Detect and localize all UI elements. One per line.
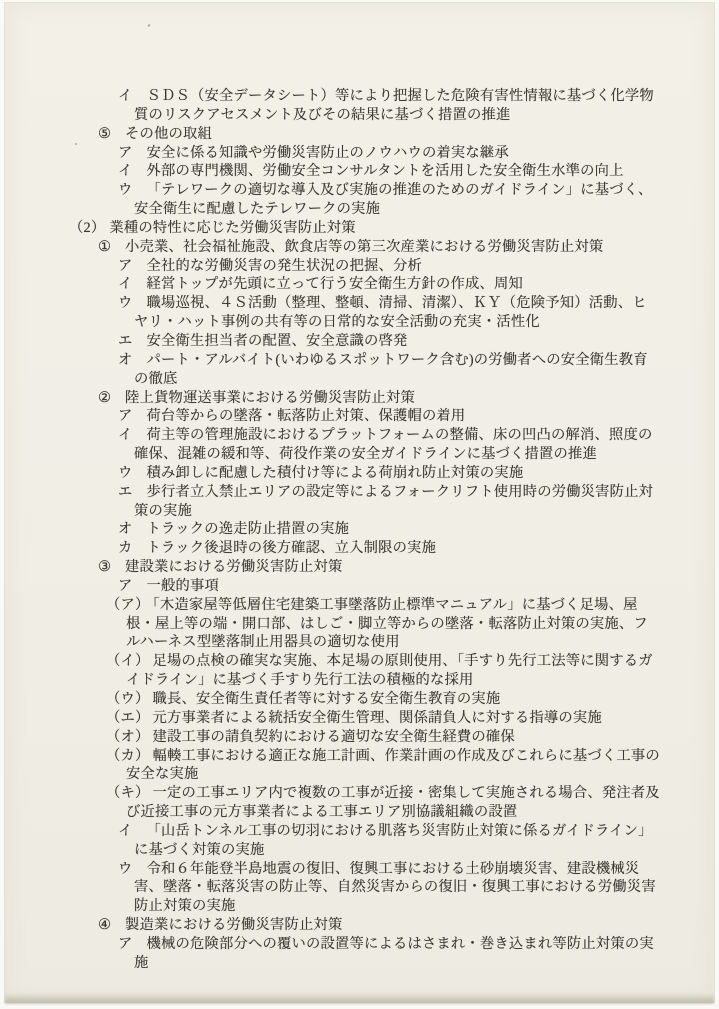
doc-item: カトラック後退時の後方確認、立入制限の実施	[69, 539, 661, 558]
item-label: （カ）	[106, 748, 150, 764]
doc-item: （2）業種の特性に応じた労働災害防止対策	[69, 219, 661, 238]
item-label: （イ）	[106, 653, 150, 669]
doc-item: イ経営トップが先頭に立って行う安全衛生方針の作成、周知	[69, 275, 661, 294]
item-text: 「テレワークの適切な導入及び実施の推進のためのガイドライン」に基づく、安全衛生に…	[134, 182, 652, 217]
doc-item: ア機械の危険部分への覆いの設置等によるはさまれ・巻き込まれ等防止対策の実施	[69, 935, 661, 973]
item-text: 歩行者立入禁止エリアの設定等によるフォークリフト使用時の労働災害防止対策の実施	[134, 484, 653, 519]
doc-item: （ア）「木造家屋等低層住宅建築工事墜落防止標準マニュアル」に基づく足場、屋根・屋…	[69, 596, 661, 653]
doc-item: （キ）一定の工事エリア内で複数の工事が近接・密集して実施される場合、発注者及び近…	[69, 784, 661, 822]
item-label: ③	[98, 559, 111, 575]
doc-item: イ荷主等の管理施設におけるプラットフォームの整備、床の凹凸の解消、照度の確保、混…	[69, 426, 661, 464]
item-label: （2）	[69, 220, 105, 236]
doc-item: ウ令和６年能登半島地震の復旧、復興工事における土砂崩壊災害、建設機械災害、墜落・…	[69, 860, 661, 917]
item-label: ④	[98, 917, 111, 933]
doc-item: ⑤その他の取組	[69, 125, 661, 144]
item-text: 建設工事の請負契約における適切な安全衛生経費の確保	[153, 729, 515, 745]
item-text: トラック後退時の後方確認、立入制限の実施	[147, 540, 437, 556]
item-text: 全社的な労働災害の発生状況の把握、分析	[147, 258, 422, 274]
item-label: エ	[118, 333, 133, 349]
item-text: 製造業における労働災害防止対策	[125, 917, 342, 933]
document-body: イＳＤＳ（安全データシート）等により把握した危険有害性情報に基づく化学物質のリス…	[69, 87, 661, 973]
item-text: 外部の専門機関、労働安全コンサルタントを活用した安全衛生水準の向上	[147, 163, 624, 179]
item-text: ＳＤＳ（安全データシート）等により把握した危険有害性情報に基づく化学物質のリスク…	[134, 88, 654, 123]
doc-item: オトラックの逸走防止措置の実施	[69, 520, 661, 539]
doc-item: イ「山岳トンネル工事の切羽における肌落ち災害防止対策に係るガイドライン」に基づく…	[69, 822, 661, 860]
item-label: オ	[118, 521, 133, 537]
doc-item: ②陸上貨物運送事業における労働災害防止対策	[69, 389, 661, 408]
doc-item: ア荷台等からの墜落・転落防止対策、保護帽の着用	[69, 407, 661, 426]
item-label: イ	[118, 163, 133, 179]
item-text: 荷主等の管理施設におけるプラットフォームの整備、床の凹凸の解消、照度の確保、混雑…	[134, 427, 652, 462]
item-label: カ	[118, 540, 133, 556]
item-label: ①	[98, 239, 111, 255]
doc-item: ④製造業における労働災害防止対策	[69, 916, 661, 935]
item-text: 元方事業者による統括安全衛生管理、関係請負人に対する指導の実施	[153, 710, 602, 726]
document-page: イＳＤＳ（安全データシート）等により把握した危険有害性情報に基づく化学物質のリス…	[4, 2, 715, 1003]
item-text: 安全に係る知識や労働災害防止のノウハウの着実な継承	[147, 145, 509, 161]
item-label: ア	[118, 936, 133, 952]
item-text: 職長、安全衛生責任者等に対する安全衛生教育の実施	[153, 691, 501, 707]
item-text: 職場巡視、４Ｓ活動（整理、整頓、清掃、清潔）、ＫＹ（危険予知）活動、ヒヤリ・ハッ…	[134, 295, 647, 330]
item-text: 輻輳工事における適正な施工計画、作業計画の作成及びこれらに基づく工事の安全な実施	[126, 748, 660, 783]
item-text: 荷台等からの墜落・転落防止対策、保護帽の着用	[147, 408, 466, 424]
item-text: 小売業、社会福祉施設、飲食店等の第三次産業における労働災害防止対策	[125, 239, 603, 255]
doc-item: イ外部の専門機関、労働安全コンサルタントを活用した安全衛生水準の向上	[69, 162, 661, 181]
doc-item: イＳＤＳ（安全データシート）等により把握した危険有害性情報に基づく化学物質のリス…	[69, 87, 661, 125]
doc-item: ウ「テレワークの適切な導入及び実施の推進のためのガイドライン」に基づく、安全衛生…	[69, 181, 661, 219]
item-label: オ	[118, 352, 133, 368]
item-label: （エ）	[106, 710, 150, 726]
doc-item: ウ積み卸しに配慮した積付け等による荷崩れ防止対策の実施	[69, 464, 661, 483]
item-label: （ウ）	[106, 691, 150, 707]
item-text: 一定の工事エリア内で複数の工事が近接・密集して実施される場合、発注者及び近接工事…	[126, 785, 660, 820]
item-label: ウ	[118, 295, 133, 311]
doc-item: エ安全衛生担当者の配置、安全意識の啓発	[69, 332, 661, 351]
doc-item: エ歩行者立入禁止エリアの設定等によるフォークリフト使用時の労働災害防止対策の実施	[69, 483, 661, 521]
doc-item: ア全社的な労働災害の発生状況の把握、分析	[69, 257, 661, 276]
item-label: イ	[118, 427, 133, 443]
item-text: 経営トップが先頭に立って行う安全衛生方針の作成、周知	[147, 276, 524, 292]
item-label: イ	[118, 823, 133, 839]
item-label: ウ	[118, 861, 133, 877]
doc-item: ウ職場巡視、４Ｓ活動（整理、整頓、清掃、清潔）、ＫＹ（危険予知）活動、ヒヤリ・ハ…	[69, 294, 661, 332]
item-label: ア	[118, 145, 133, 161]
item-label: エ	[118, 484, 133, 500]
item-text: パート・アルバイト(いわゆるスポットワーク含む)の労働者への安全衛生教育の徹底	[134, 352, 648, 387]
doc-item: ア安全に係る知識や労働災害防止のノウハウの着実な継承	[69, 144, 661, 163]
doc-item: ア一般的事項	[69, 577, 661, 596]
item-label: （オ）	[106, 729, 150, 745]
item-text: 積み卸しに配慮した積付け等による荷崩れ防止対策の実施	[147, 465, 524, 481]
scan-speck	[147, 24, 150, 28]
scan-bottom-shadow	[5, 993, 714, 1004]
item-text: 「木造家屋等低層住宅建築工事墜落防止標準マニュアル」に基づく足場、屋根・屋上等の…	[126, 597, 648, 651]
doc-item: オパート・アルバイト(いわゆるスポットワーク含む)の労働者への安全衛生教育の徹底	[69, 351, 661, 389]
item-label: ア	[118, 258, 133, 274]
item-label: （キ）	[106, 785, 150, 801]
item-text: 安全衛生担当者の配置、安全意識の啓発	[147, 333, 408, 349]
item-label: ⑤	[98, 126, 111, 142]
item-label: ア	[118, 578, 133, 594]
item-text: その他の取組	[125, 126, 212, 142]
item-label: ア	[118, 408, 133, 424]
item-label: （ア）	[106, 597, 150, 613]
item-text: 令和６年能登半島地震の復旧、復興工事における土砂崩壊災害、建設機械災害、墜落・転…	[134, 861, 656, 915]
item-label: イ	[118, 276, 133, 292]
item-text: 建設業における労働災害防止対策	[125, 559, 342, 575]
doc-item: ①小売業、社会福祉施設、飲食店等の第三次産業における労働災害防止対策	[69, 238, 661, 257]
doc-item: ③建設業における労働災害防止対策	[69, 558, 661, 577]
doc-item: （オ）建設工事の請負契約における適切な安全衛生経費の確保	[69, 728, 661, 747]
item-label: ②	[98, 390, 111, 406]
item-text: 足場の点検の確実な実施、本足場の原則使用、「手すり先行工法等に関するガイドライン…	[126, 653, 653, 688]
item-text: 陸上貨物運送事業における労働災害防止対策	[125, 390, 415, 406]
item-label: ウ	[118, 182, 133, 198]
doc-item: （ウ）職長、安全衛生責任者等に対する安全衛生教育の実施	[69, 690, 661, 709]
item-text: 「山岳トンネル工事の切羽における肌落ち災害防止対策に係るガイドライン」に基づく対…	[134, 823, 653, 858]
item-label: イ	[118, 88, 133, 104]
item-label: ウ	[118, 465, 133, 481]
doc-item: （カ）輻輳工事における適正な施工計画、作業計画の作成及びこれらに基づく工事の安全…	[69, 747, 661, 785]
item-text: トラックの逸走防止措置の実施	[147, 521, 350, 537]
item-text: 機械の危険部分への覆いの設置等によるはさまれ・巻き込まれ等防止対策の実施	[134, 936, 654, 971]
doc-item: （エ）元方事業者による統括安全衛生管理、関係請負人に対する指導の実施	[69, 709, 661, 728]
doc-item: （イ）足場の点検の確実な実施、本足場の原則使用、「手すり先行工法等に関するガイド…	[69, 652, 661, 690]
item-text: 一般的事項	[147, 578, 219, 594]
item-text: 業種の特性に応じた労働災害防止対策	[109, 220, 355, 236]
